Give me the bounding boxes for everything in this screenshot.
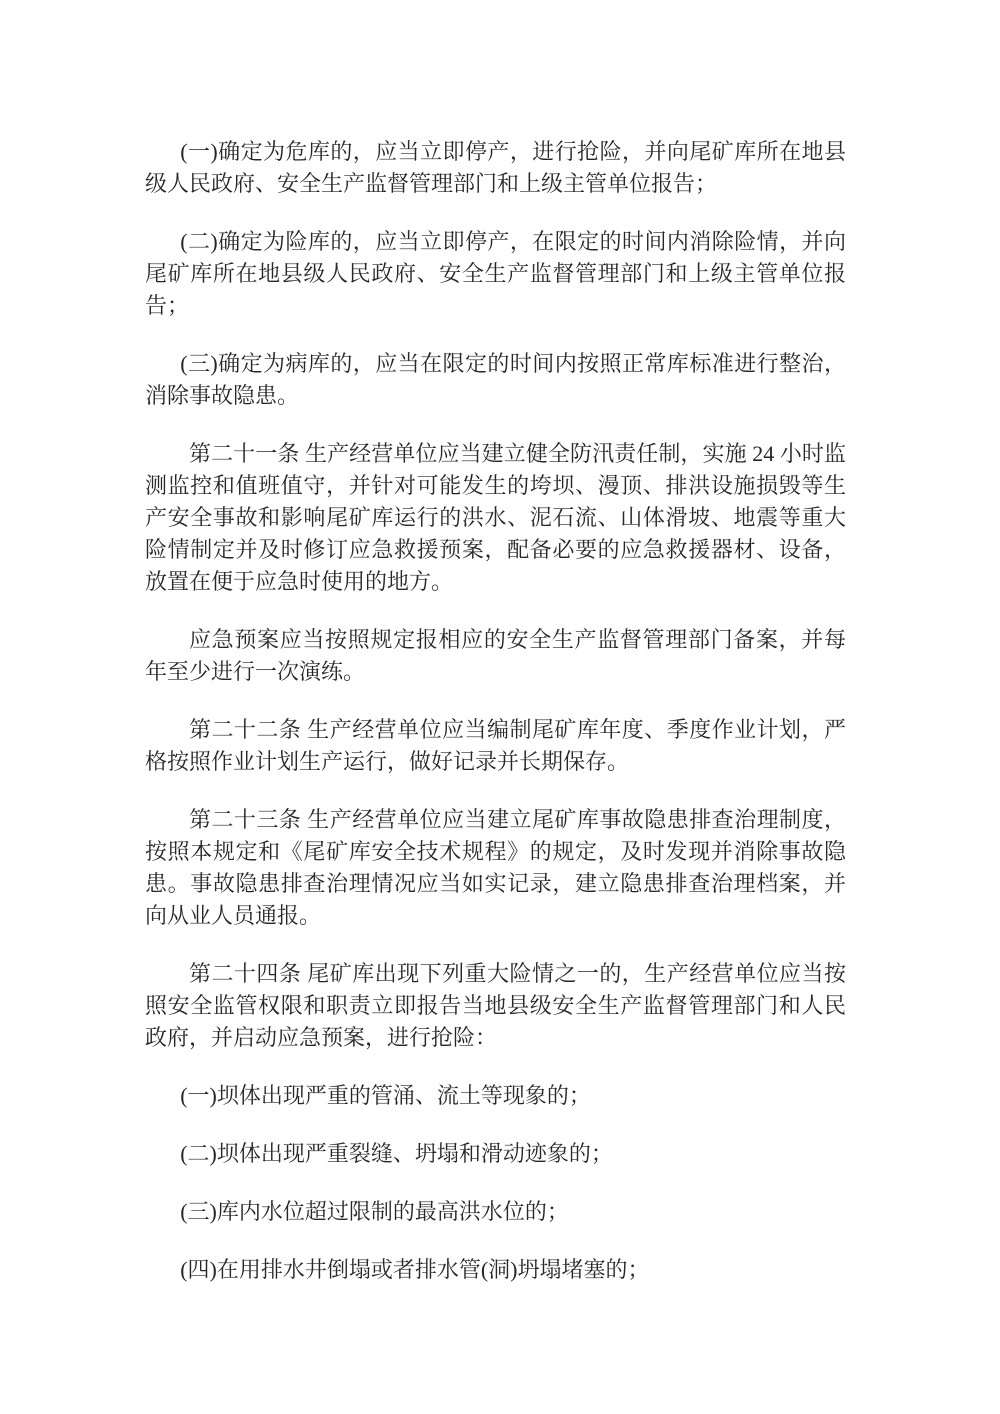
hazard-item-1-piping: (一)坝体出现严重的管涌、流土等现象的； — [145, 1080, 846, 1112]
article-23-paragraph: 第二十三条 生产经营单位应当建立尾矿库事故隐患排查治理制度，按照本规定和《尾矿库… — [145, 804, 846, 932]
document-page: (一)确定为危库的，应当立即停产，进行抢险，并向尾矿库所在地县级人民政府、安全生… — [0, 0, 1000, 1414]
document-body-text: (一)确定为危库的，应当立即停产，进行抢险，并向尾矿库所在地县级人民政府、安全生… — [145, 136, 846, 1312]
clause-item-2-risk-pond: (二)确定为险库的，应当立即停产，在限定的时间内消除险情，并向尾矿库所在地县级人… — [145, 226, 846, 322]
hazard-item-2-cracks: (二)坝体出现严重裂缝、坍塌和滑动迹象的； — [145, 1138, 846, 1170]
article-24-paragraph: 第二十四条 尾矿库出现下列重大险情之一的，生产经营单位应当按照安全监管权限和职责… — [145, 958, 846, 1054]
article-21-paragraph: 第二十一条 生产经营单位应当建立健全防汛责任制，实施 24 小时监测监控和值班值… — [145, 438, 846, 598]
clause-item-1-danger-pond: (一)确定为危库的，应当立即停产，进行抢险，并向尾矿库所在地县级人民政府、安全生… — [145, 136, 846, 200]
article-22-paragraph: 第二十二条 生产经营单位应当编制尾矿库年度、季度作业计划，严格按照作业计划生产运… — [145, 714, 846, 778]
hazard-item-3-water-level: (三)库内水位超过限制的最高洪水位的； — [145, 1196, 846, 1228]
hazard-item-4-drain-blocked: (四)在用排水井倒塌或者排水管(洞)坍塌堵塞的； — [145, 1254, 846, 1286]
article-21-emergency-plan-paragraph: 应急预案应当按照规定报相应的安全生产监督管理部门备案，并每年至少进行一次演练。 — [145, 624, 846, 688]
clause-item-3-sick-pond: (三)确定为病库的，应当在限定的时间内按照正常库标准进行整治，消除事故隐患。 — [145, 348, 846, 412]
